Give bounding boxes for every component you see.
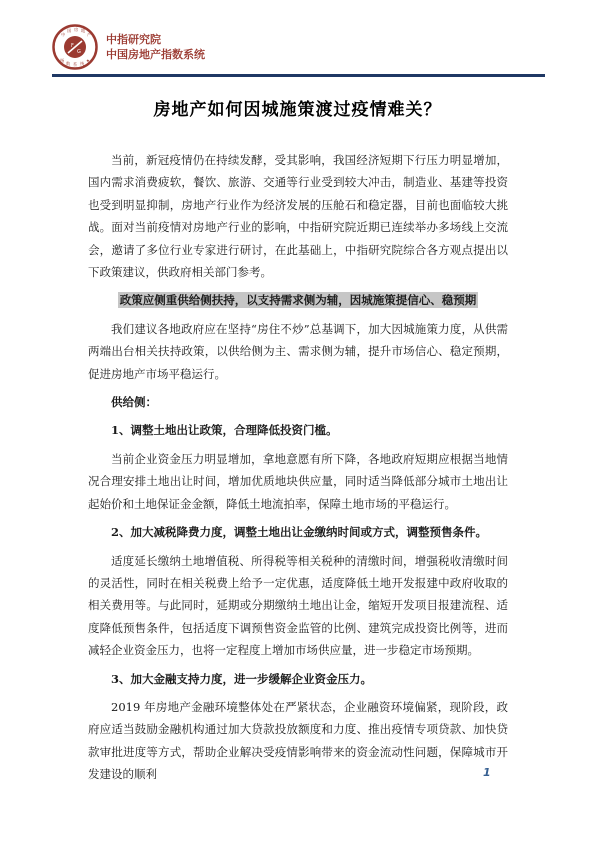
header-divider — [52, 74, 545, 77]
document-title: 房地产如何因城施策渡过疫情难关？ — [0, 95, 595, 120]
svg-text:G: G — [77, 49, 81, 55]
numbered-heading-3: 3、加大金融支持力度，进一步缓解企业资金压力。 — [88, 668, 508, 690]
highlighted-subtitle: 政策应侧重供给侧扶持，以支持需求侧为辅，因城施策提信心、稳预期 — [88, 289, 508, 311]
svg-text:房: 房 — [74, 26, 78, 33]
paragraph-intro: 当前，新冠疫情仍在持续发酵，受其影响，我国经济短期下行压力明显增加，国内需求消费… — [88, 149, 508, 283]
svg-text:F: F — [71, 43, 74, 49]
document-page: F G 中国房地产 指数系统★ 中指研究院 中国房地产指数系统 房地产如何因城施… — [0, 0, 595, 841]
svg-text:★: ★ — [86, 58, 90, 63]
paragraph-recommendation: 我们建议各地政府应在坚持“房住不炒”总基调下，加大因城施策力度，从供需两端出台相… — [88, 318, 508, 385]
page-header: F G 中国房地产 指数系统★ 中指研究院 中国房地产指数系统 — [52, 24, 545, 77]
numbered-heading-2: 2、加大减税降费力度，调整土地出让金缴纳时间或方式，调整预售条件。 — [88, 521, 508, 543]
svg-text:产: 产 — [87, 31, 91, 38]
document-body: 当前，新冠疫情仍在持续发酵，受其影响，我国经济短期下行压力明显增加，国内需求消费… — [88, 149, 508, 786]
svg-text:系: 系 — [73, 61, 78, 68]
paragraph-point-1: 当前企业资金压力明显增加，拿地意愿有所下降，各地政府短期应根据当地情况合理安排土… — [88, 448, 508, 515]
org-name: 中指研究院 — [106, 33, 205, 47]
org-system-name: 中国房地产指数系统 — [106, 48, 205, 62]
paragraph-point-2: 适度延长缴纳土地增值税、所得税等相关税种的清缴时间，增强税收清缴时间的灵活性，同… — [88, 550, 508, 662]
paragraph-point-3: 2019 年房地产金融环境整体处在严紧状态，企业融资环境偏紧，现阶段，政府应适当… — [88, 696, 508, 786]
org-seal-logo-icon: F G 中国房地产 指数系统★ — [52, 24, 98, 70]
svg-text:国: 国 — [67, 27, 71, 34]
numbered-heading-1: 1、调整土地出让政策，合理降低投资门槛。 — [88, 419, 508, 441]
svg-text:指: 指 — [60, 57, 64, 64]
section-heading-supply-side: 供给侧： — [88, 391, 508, 413]
svg-text:中: 中 — [61, 31, 65, 38]
page-number: 1 — [483, 766, 491, 779]
svg-text:数: 数 — [66, 60, 71, 67]
